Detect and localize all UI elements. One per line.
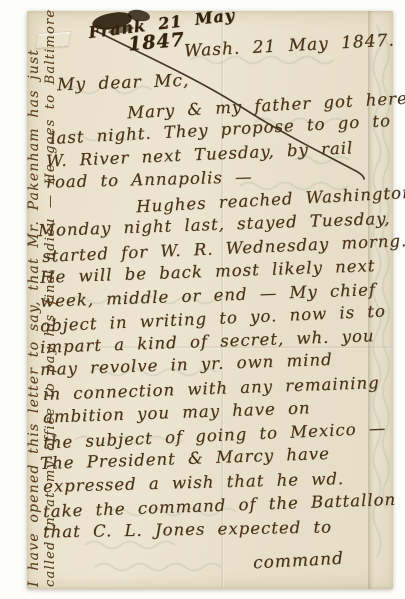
margin-note-line-1: I have opened this letter to say, that M… [26, 49, 42, 587]
margin-note-line-2: called in at my office to pay his final … [43, 9, 58, 587]
photo-background: Frank 21 May 1847 Wash. 21 May 1847. My … [0, 0, 405, 599]
